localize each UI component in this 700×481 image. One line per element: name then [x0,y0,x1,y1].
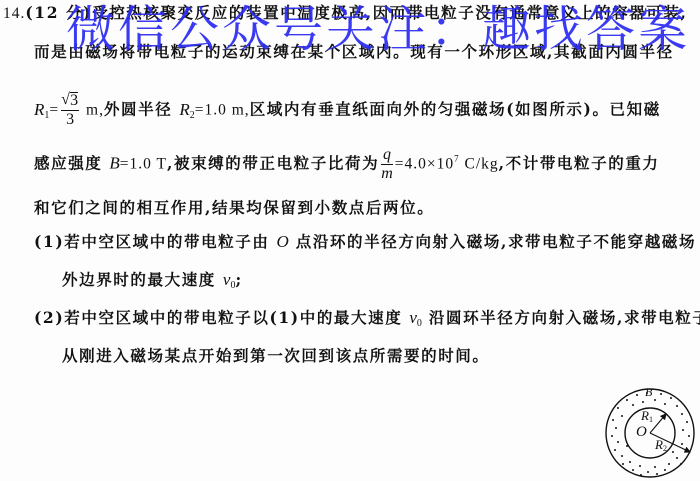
question-line-5: 和它们之间的相互作用,结果均保留到小数点后两位。 [34,198,434,218]
v0-symbol: v0 [223,270,236,289]
point-o: O [276,232,288,251]
charge-ratio-fraction: qm [381,146,393,183]
r1-symbol: R1 [34,100,49,119]
intro-text-1: 受控热核聚变反应的装置中温度极高,因而带电粒子没有通常意义上的容器可装, [92,3,687,22]
v0-symbol: v0 [409,308,422,327]
part-1-line-1: (1)若中空区域中的带电粒子由 O 点沿环的半径方向射入磁场,求带电粒子不能穿越… [34,232,696,252]
part-1-label: (1) [34,232,64,251]
label-r2: R2 [655,437,667,453]
part-2-line-2: 从刚进入磁场某点开始到第一次回到该点所需要的时间。 [62,346,490,366]
part-2-line-1: (2)若中空区域中的带电粒子以(1)中的最大速度 v0 沿圆环半径方向射入磁场,… [34,308,700,334]
label-r1: R1 [641,408,653,424]
question-points: (12 分) [25,3,92,22]
question-line-2: 而是由磁场将带电粒子的运动束缚在某个区域内。现有一个环形区域,其截面内圆半径 [34,42,674,62]
r2-symbol: R2 [179,100,194,119]
question-number: 14. [3,5,25,22]
part-1-line-2: 外边界时的最大速度 v0; [62,270,243,296]
question-line-4: 感应强度 B=1.0 T,被束缚的带正电粒子比荷为qm=4.0×107 C/kg… [34,146,660,183]
question-line-3: R1=33 m,外圆半径 R2=1.0 m,区域内有垂直纸面向外的匀强磁场(如图… [34,92,661,129]
label-center-o: O [636,424,647,441]
label-b: B [645,385,652,400]
r1-fraction: 33 [61,92,79,129]
magnetic-ring-diagram: B R1 O R2 [603,386,698,479]
part-2-label: (2) [34,308,64,327]
field-dots [611,392,690,476]
b-symbol: B [109,154,119,173]
intro-text-2: 而是由磁场将带电粒子的运动束缚在某个区域内。现有一个环形区域,其截面内圆半径 [34,42,674,61]
question-line-1: 14.(12 分)受控热核聚变反应的装置中温度极高,因而带电粒子没有通常意义上的… [3,3,688,24]
exam-page: 14.(12 分)受控热核聚变反应的装置中温度极高,因而带电粒子没有通常意义上的… [0,0,700,481]
